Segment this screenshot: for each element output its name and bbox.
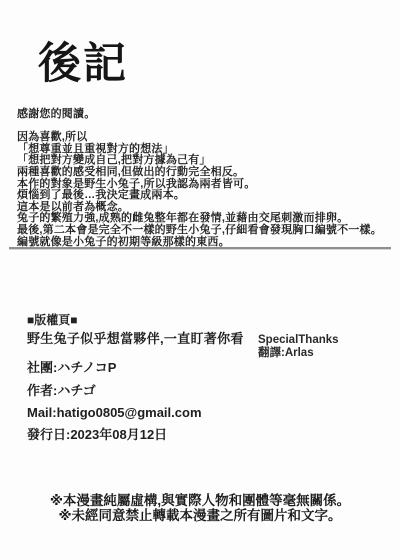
- author-name: 作者:ハチゴ: [27, 380, 202, 403]
- credits-block: 社團:ハチノコP 作者:ハチゴ Mail:hatigo0805@gmail.co…: [27, 357, 202, 425]
- section-divider: [9, 247, 391, 250]
- book-title: 野生兔子似乎想當夥伴,一直盯著你看: [27, 328, 244, 347]
- text-line: 最後,第二本會是完全不一樣的野生小兔子,仔細看會發現胸口編號不一樣。: [17, 225, 382, 237]
- afterword-page: 後記 感謝您的閱讀。 因為喜歡,所以「想尊重並且重視對方的想法」「想把對方變成自…: [0, 0, 400, 560]
- publish-date: 發行日:2023年08月12日: [27, 424, 167, 443]
- disclaimer-text: ※本漫畫純屬虛構,與實際人物和團體等毫無關係。※未經同意禁止轉載本漫畫之所有圖片…: [0, 494, 400, 523]
- contact-email: Mail:hatigo0805@gmail.com: [27, 402, 202, 425]
- colophon-heading: ■版權頁■: [27, 311, 78, 328]
- special-thanks-label: SpecialThanks: [258, 334, 339, 347]
- page-title: 後記: [38, 30, 128, 91]
- afterword-text: 感謝您的閱讀。 因為喜歡,所以「想尊重並且重視對方的想法」「想把對方變成自己,把…: [17, 109, 382, 248]
- text-line: ※未經同意禁止轉載本漫畫之所有圖片和文字。: [0, 509, 400, 524]
- circle-name: 社團:ハチノコP: [27, 357, 202, 380]
- text-line: 兩種喜歡的感受相同,但做出的行動完全相反。: [17, 167, 382, 179]
- text-line: 煩惱到了最後…我決定畫成兩本。: [17, 190, 382, 202]
- translator-credit: 翻譯:Arlas: [258, 347, 339, 360]
- special-thanks-block: SpecialThanks 翻譯:Arlas: [258, 334, 339, 360]
- text-line: 感謝您的閱讀。: [17, 109, 382, 121]
- text-line: ※本漫畫純屬虛構,與實際人物和團體等毫無關係。: [0, 494, 400, 509]
